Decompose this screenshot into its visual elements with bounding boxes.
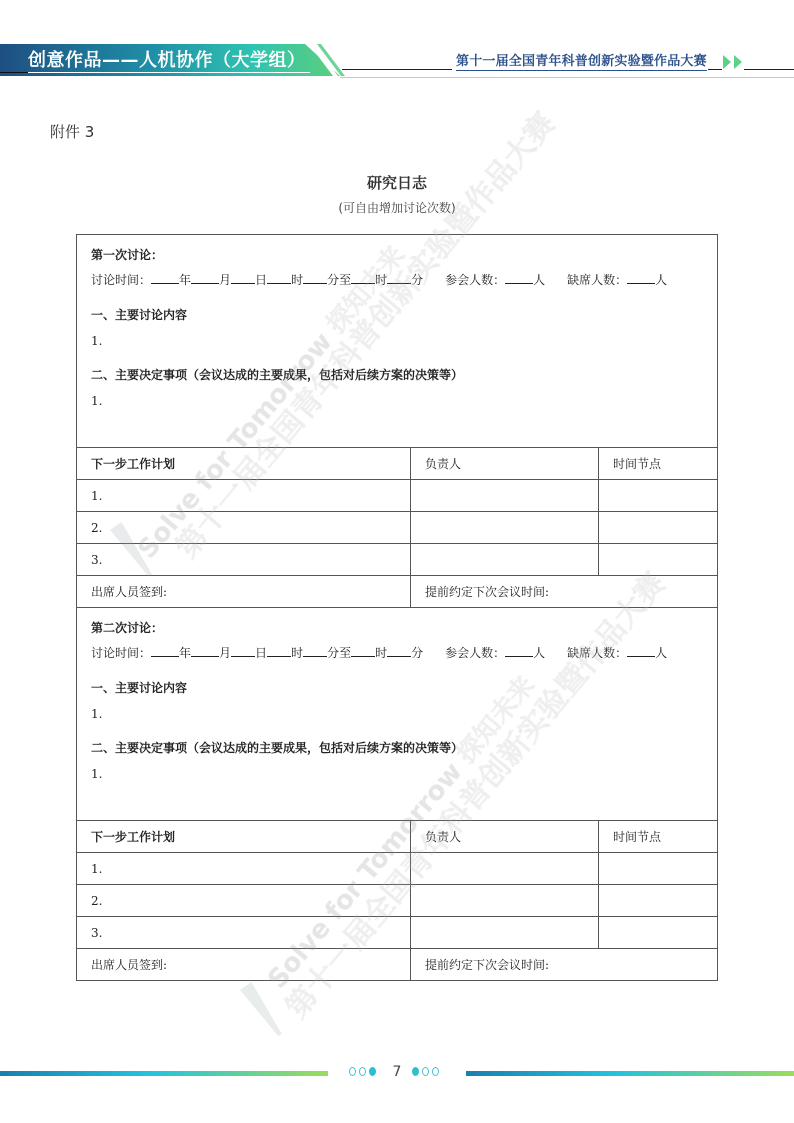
header-rule [744, 69, 794, 70]
next-meeting-cell[interactable]: 提前约定下次会议时间: [411, 949, 718, 981]
signin-cell[interactable]: 出席人员签到: [77, 576, 411, 608]
discussion-content-item[interactable]: 1. [91, 706, 703, 722]
discussion-section-row: 第一次讨论：讨论时间：年月日时分至时分参会人数：人缺席人数：人一、主要讨论内容1… [77, 235, 718, 448]
header-right-title: 第十一届全国青年科普创新实验暨作品大赛 [456, 53, 707, 71]
signin-row: 出席人员签到:提前约定下次会议时间: [77, 949, 718, 981]
time-label: 讨论时间： [91, 273, 151, 287]
signin-row: 出席人员签到:提前约定下次会议时间: [77, 576, 718, 608]
absent-label: 缺席人数： [567, 646, 627, 660]
plan-owner-cell[interactable] [411, 480, 599, 512]
discussion-section: 第一次讨论：讨论时间：年月日时分至时分参会人数：人缺席人数：人一、主要讨论内容1… [77, 235, 718, 448]
section-title-discussion-content: 一、主要讨论内容 [91, 680, 703, 696]
attendees-label: 参会人数： [445, 646, 505, 660]
plan-task-cell[interactable]: 1. [77, 853, 411, 885]
time-unit: 月 [219, 646, 231, 660]
plan-owner-cell[interactable] [411, 544, 599, 576]
header-stripes-decoration [305, 44, 345, 76]
discussion-heading: 第一次讨论： [91, 247, 703, 263]
header-left-title: 创意作品——人机协作（大学组） [28, 50, 310, 73]
discussion-section: 第二次讨论：讨论时间：年月日时分至时分参会人数：人缺席人数：人一、主要讨论内容1… [77, 608, 718, 821]
plan-row: 1. [77, 853, 718, 885]
time-input-blank[interactable] [151, 644, 179, 657]
time-input-blank[interactable] [151, 271, 179, 284]
plan-header-row: 下一步工作计划负责人时间节点 [77, 448, 718, 480]
research-log-table: 第一次讨论：讨论时间：年月日时分至时分参会人数：人缺席人数：人一、主要讨论内容1… [76, 234, 718, 981]
plan-row: 3. [77, 917, 718, 949]
section-title-discussion-content: 一、主要讨论内容 [91, 307, 703, 323]
time-unit: 时 [375, 273, 387, 287]
section-title-decisions: 二、主要决定事项（会议达成的主要成果，包括对后续方案的决策等） [91, 740, 703, 756]
plan-row: 3. [77, 544, 718, 576]
time-input-blank[interactable] [351, 644, 375, 657]
plan-task-cell[interactable]: 2. [77, 512, 411, 544]
page-number: 7 [388, 1064, 406, 1080]
header-rule [342, 69, 452, 70]
time-unit: 月 [219, 273, 231, 287]
plan-owner-cell[interactable] [411, 917, 599, 949]
time-input-blank[interactable] [191, 644, 219, 657]
footer-left-rule [0, 1071, 328, 1076]
plan-row: 2. [77, 512, 718, 544]
decision-item[interactable]: 1. [91, 393, 703, 409]
time-input-blank[interactable] [303, 644, 327, 657]
header-rule [708, 69, 722, 70]
time-unit: 分至 [327, 273, 351, 287]
decision-item[interactable]: 1. [91, 766, 703, 782]
time-input-blank[interactable] [267, 271, 291, 284]
plan-column-header: 时间节点 [599, 821, 718, 853]
plan-owner-cell[interactable] [411, 512, 599, 544]
absent-count-blank[interactable] [627, 271, 655, 284]
plan-deadline-cell[interactable] [599, 853, 718, 885]
time-input-blank[interactable] [303, 271, 327, 284]
next-meeting-cell[interactable]: 提前约定下次会议时间: [411, 576, 718, 608]
attendees-count-blank[interactable] [505, 644, 533, 657]
document-subtitle: (可自由增加讨论次数) [0, 199, 794, 216]
attendees-label: 参会人数： [445, 273, 505, 287]
absent-label: 缺席人数： [567, 273, 627, 287]
time-unit: 时 [375, 646, 387, 660]
plan-deadline-cell[interactable] [599, 480, 718, 512]
time-input-blank[interactable] [231, 271, 255, 284]
plan-task-cell[interactable]: 3. [77, 544, 411, 576]
attendees-unit: 人 [533, 273, 545, 287]
absent-unit: 人 [655, 646, 667, 660]
time-unit: 分 [411, 273, 423, 287]
plan-deadline-cell[interactable] [599, 917, 718, 949]
discussion-heading: 第二次讨论： [91, 620, 703, 636]
discussion-time-line: 讨论时间：年月日时分至时分参会人数：人缺席人数：人 [91, 271, 703, 289]
header-green-rule [340, 77, 794, 78]
absent-count-blank[interactable] [627, 644, 655, 657]
time-unit: 日 [255, 646, 267, 660]
discussion-content-item[interactable]: 1. [91, 333, 703, 349]
time-unit: 分至 [327, 646, 351, 660]
attendees-count-blank[interactable] [505, 271, 533, 284]
plan-deadline-cell[interactable] [599, 512, 718, 544]
plan-task-cell[interactable]: 1. [77, 480, 411, 512]
time-unit: 日 [255, 273, 267, 287]
header-left-rule [0, 72, 28, 73]
plan-deadline-cell[interactable] [599, 544, 718, 576]
plan-header-row: 下一步工作计划负责人时间节点 [77, 821, 718, 853]
time-unit: 年 [179, 646, 191, 660]
time-input-blank[interactable] [267, 644, 291, 657]
plan-row: 1. [77, 480, 718, 512]
watermark-logo-icon [240, 982, 286, 1039]
time-label: 讨论时间： [91, 646, 151, 660]
time-unit: 年 [179, 273, 191, 287]
plan-owner-cell[interactable] [411, 885, 599, 917]
plan-column-header: 负责人 [411, 448, 599, 480]
time-input-blank[interactable] [351, 271, 375, 284]
time-input-blank[interactable] [387, 644, 411, 657]
footer-right-rule [466, 1071, 794, 1076]
attachment-label: 附件 3 [50, 121, 94, 142]
plan-task-cell[interactable]: 2. [77, 885, 411, 917]
footer-dots-right [412, 1067, 439, 1076]
double-triangle-right-icon [722, 55, 744, 69]
plan-deadline-cell[interactable] [599, 885, 718, 917]
attendees-unit: 人 [533, 646, 545, 660]
signin-cell[interactable]: 出席人员签到: [77, 949, 411, 981]
footer-dots-left [349, 1067, 376, 1076]
time-unit: 时 [291, 646, 303, 660]
time-input-blank[interactable] [191, 271, 219, 284]
plan-task-cell[interactable]: 3. [77, 917, 411, 949]
plan-column-header: 负责人 [411, 821, 599, 853]
discussion-section-row: 第二次讨论：讨论时间：年月日时分至时分参会人数：人缺席人数：人一、主要讨论内容1… [77, 608, 718, 821]
plan-row: 2. [77, 885, 718, 917]
time-input-blank[interactable] [387, 271, 411, 284]
time-unit: 分 [411, 646, 423, 660]
plan-column-header: 下一步工作计划 [77, 448, 411, 480]
absent-unit: 人 [655, 273, 667, 287]
time-input-blank[interactable] [231, 644, 255, 657]
discussion-time-line: 讨论时间：年月日时分至时分参会人数：人缺席人数：人 [91, 644, 703, 662]
section-title-decisions: 二、主要决定事项（会议达成的主要成果，包括对后续方案的决策等） [91, 367, 703, 383]
plan-column-header: 下一步工作计划 [77, 821, 411, 853]
document-title: 研究日志 [0, 172, 794, 193]
plan-owner-cell[interactable] [411, 853, 599, 885]
time-unit: 时 [291, 273, 303, 287]
plan-column-header: 时间节点 [599, 448, 718, 480]
